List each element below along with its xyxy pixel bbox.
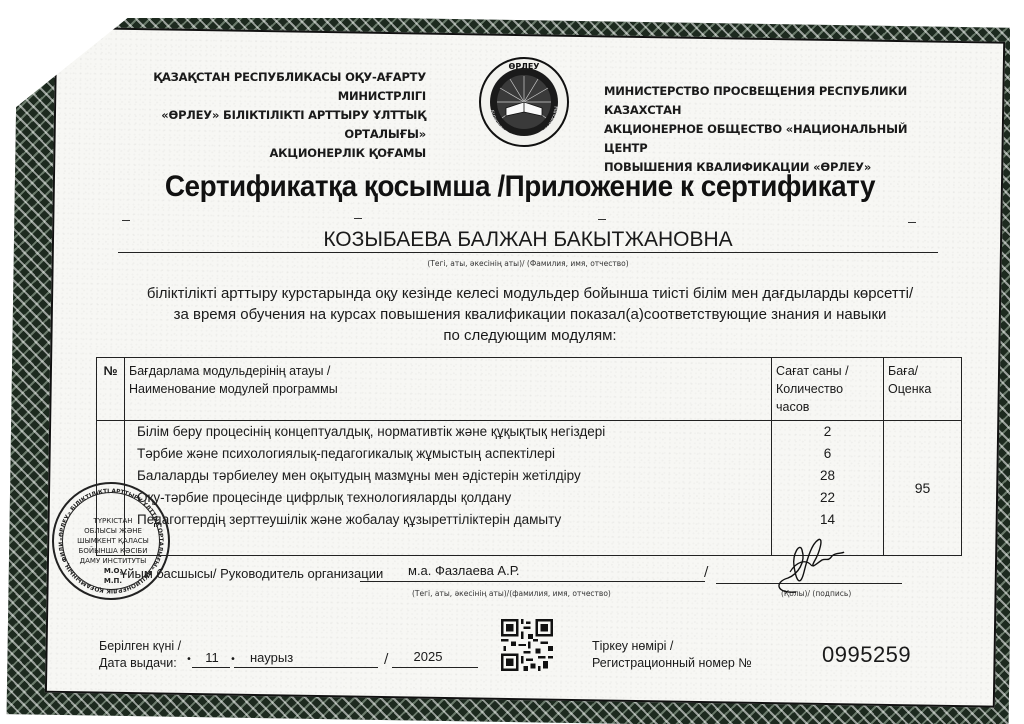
stamp-line: БОЙЫНША КӘСІБИ — [72, 546, 154, 556]
header-grade: Баға/ Оценка — [884, 358, 962, 421]
issue-year-underline — [392, 667, 478, 668]
table-row: Білім беру процесінің концептуалдық, нор… — [97, 421, 962, 444]
stamp-line: ТҮРКІСТАН — [72, 516, 154, 526]
issue-month-underline — [234, 667, 378, 668]
module-hours: 14 — [772, 509, 884, 531]
module-name: Педагогтердің зерттеушілік және жобалау … — [125, 509, 772, 531]
scan-margin-right — [1010, 0, 1024, 724]
registration-number-label: Тіркеу нөмірі / Регистрационный номер № — [592, 638, 752, 672]
org-kz-line: АКЦИОНЕРЛІК ҚОҒАМЫ — [100, 144, 426, 163]
date-separator: / — [384, 652, 388, 667]
separator-slash: / — [704, 565, 708, 580]
issue-date-label: Берілген күні / Дата выдачи: — [99, 638, 181, 672]
org-ru-line: МИНИСТЕРСТВО ПРОСВЕЩЕНИЯ РЕСПУБЛИКИ КАЗА… — [604, 82, 944, 120]
issue-day-underline — [192, 667, 230, 668]
holder-name-caption: (Тегі, аты, әкесінің аты)/ (Фамилия, имя… — [118, 259, 938, 268]
registration-label-kz: Тіркеу нөмірі / — [592, 638, 752, 655]
module-hours: 6 — [772, 443, 884, 465]
header-grade-kz: Баға/ — [888, 362, 957, 380]
header-hours-ru: Количество часов — [776, 380, 879, 416]
module-name: Оқу-тәрбие процесінде цифрлық технология… — [125, 487, 772, 509]
head-of-organization-label: Ұйым басшысы/ Руководитель организации — [120, 566, 383, 581]
head-name-underline — [360, 581, 705, 582]
head-of-organization-name: м.а. Фазлаева А.Р. — [408, 563, 520, 578]
document-title: Сертификатқа қосымша /Приложение к серти… — [148, 170, 892, 204]
holder-name: КОЗЫБАЕВА БАЛЖАН БАКЫТЖАНОВНА — [118, 228, 938, 252]
header-module: Бағдарлама модульдерінің атауы / Наимено… — [125, 358, 772, 421]
intro-line: біліктілікті арттыру курстарында оқу кез… — [110, 283, 950, 304]
issue-month: наурыз — [250, 650, 293, 665]
header-number: № — [97, 358, 125, 421]
module-name: Білім беру процесінің концептуалдық, нор… — [125, 421, 772, 444]
certificate-content: ҚАЗАҚСТАН РЕСПУБЛИКАСЫ ОҚУ-АҒАРТУ МИНИСТ… — [0, 0, 1024, 724]
intro-line: за время обучения на курсах повышения кв… — [110, 304, 950, 325]
modules-table: № Бағдарлама модульдерінің атауы / Наиме… — [96, 357, 962, 556]
header-grade-ru: Оценка — [888, 380, 957, 398]
holder-name-underline — [118, 252, 938, 253]
issue-date-label-ru: Дата выдачи: — [99, 655, 181, 672]
module-hours: 2 — [772, 421, 884, 444]
official-stamp: «ӨРЛЕУ» БІЛІКТІЛІКТІ АРТТЫРУ ҰЛТТЫҚ ОРТА… — [52, 482, 170, 600]
module-name: Балаларды тәрбиелеу мен оқытудың мазмұны… — [125, 465, 772, 487]
table-row: Оқу-тәрбие процесінде цифрлық технология… — [97, 487, 962, 509]
issue-day: 11 — [194, 650, 230, 665]
module-hours: 28 — [772, 465, 884, 487]
dash-mark — [908, 222, 916, 223]
qr-code-icon[interactable] — [501, 619, 553, 671]
stamp-line: ШЫМКЕНТ ҚАЛАСЫ — [72, 536, 154, 546]
organization-name-ru: МИНИСТЕРСТВО ПРОСВЕЩЕНИЯ РЕСПУБЛИКИ КАЗА… — [604, 82, 944, 177]
table-row: Балаларды тәрбиелеу мен оқытудың мазмұны… — [97, 465, 962, 487]
intro-line: по следующим модулям: — [110, 325, 950, 346]
table-row: Педагогтердің зерттеушілік және жобалау … — [97, 509, 962, 531]
handwritten-signature-icon — [766, 532, 846, 598]
head-name-caption: (Тегі, аты, әкесінің аты)/(фамилия, имя,… — [412, 589, 611, 598]
row-number — [97, 421, 125, 444]
module-hours: 22 — [772, 487, 884, 509]
header-hours-kz: Сағат саны / — [776, 362, 879, 380]
header-module-kz: Бағдарлама модульдерінің атауы / — [129, 362, 767, 380]
svg-text:ӨРЛЕУ: ӨРЛЕУ — [509, 62, 540, 71]
issue-year: 2025 — [398, 649, 458, 664]
registration-number: 0995259 — [822, 642, 911, 668]
quote-mark: • — [230, 654, 236, 665]
stamp-line: ДАМУ ИНСТИТУТЫ — [72, 556, 154, 566]
quote-mark: • — [186, 654, 192, 665]
header-module-ru: Наименование модулей программы — [129, 380, 767, 398]
table-header-row: № Бағдарлама модульдерінің атауы / Наиме… — [97, 358, 962, 421]
grade-value: 95 — [884, 421, 962, 556]
dash-mark — [354, 218, 362, 219]
row-number — [97, 443, 125, 465]
scan-margin-top — [0, 0, 1024, 18]
issue-date-label-kz: Берілген күні / — [99, 638, 181, 655]
dash-mark — [122, 220, 130, 221]
stamp-line: ОБЛЫСЫ ЖӘНЕ — [72, 526, 154, 536]
open-book-emblem-icon: ӨРЛЕУ БІЛІКТІЛІКТІ АРТТЫРУ ҰЛТТЫҚ ОРТАЛЫ… — [478, 56, 570, 148]
intro-text: біліктілікті арттыру курстарында оқу кез… — [110, 283, 950, 346]
org-ru-line: АКЦИОНЕРНОЕ ОБЩЕСТВО «НАЦИОНАЛЬНЫЙ ЦЕНТР — [604, 120, 944, 158]
scan-corner — [0, 0, 150, 120]
registration-label-ru: Регистрационный номер № — [592, 655, 752, 672]
dash-mark — [598, 219, 606, 220]
empty-cell — [125, 531, 772, 555]
table-row: Тәрбие және психологиялық-педагогикалық … — [97, 443, 962, 465]
module-name: Тәрбие және психологиялық-педагогикалық … — [125, 443, 772, 465]
header-hours: Сағат саны / Количество часов — [772, 358, 884, 421]
